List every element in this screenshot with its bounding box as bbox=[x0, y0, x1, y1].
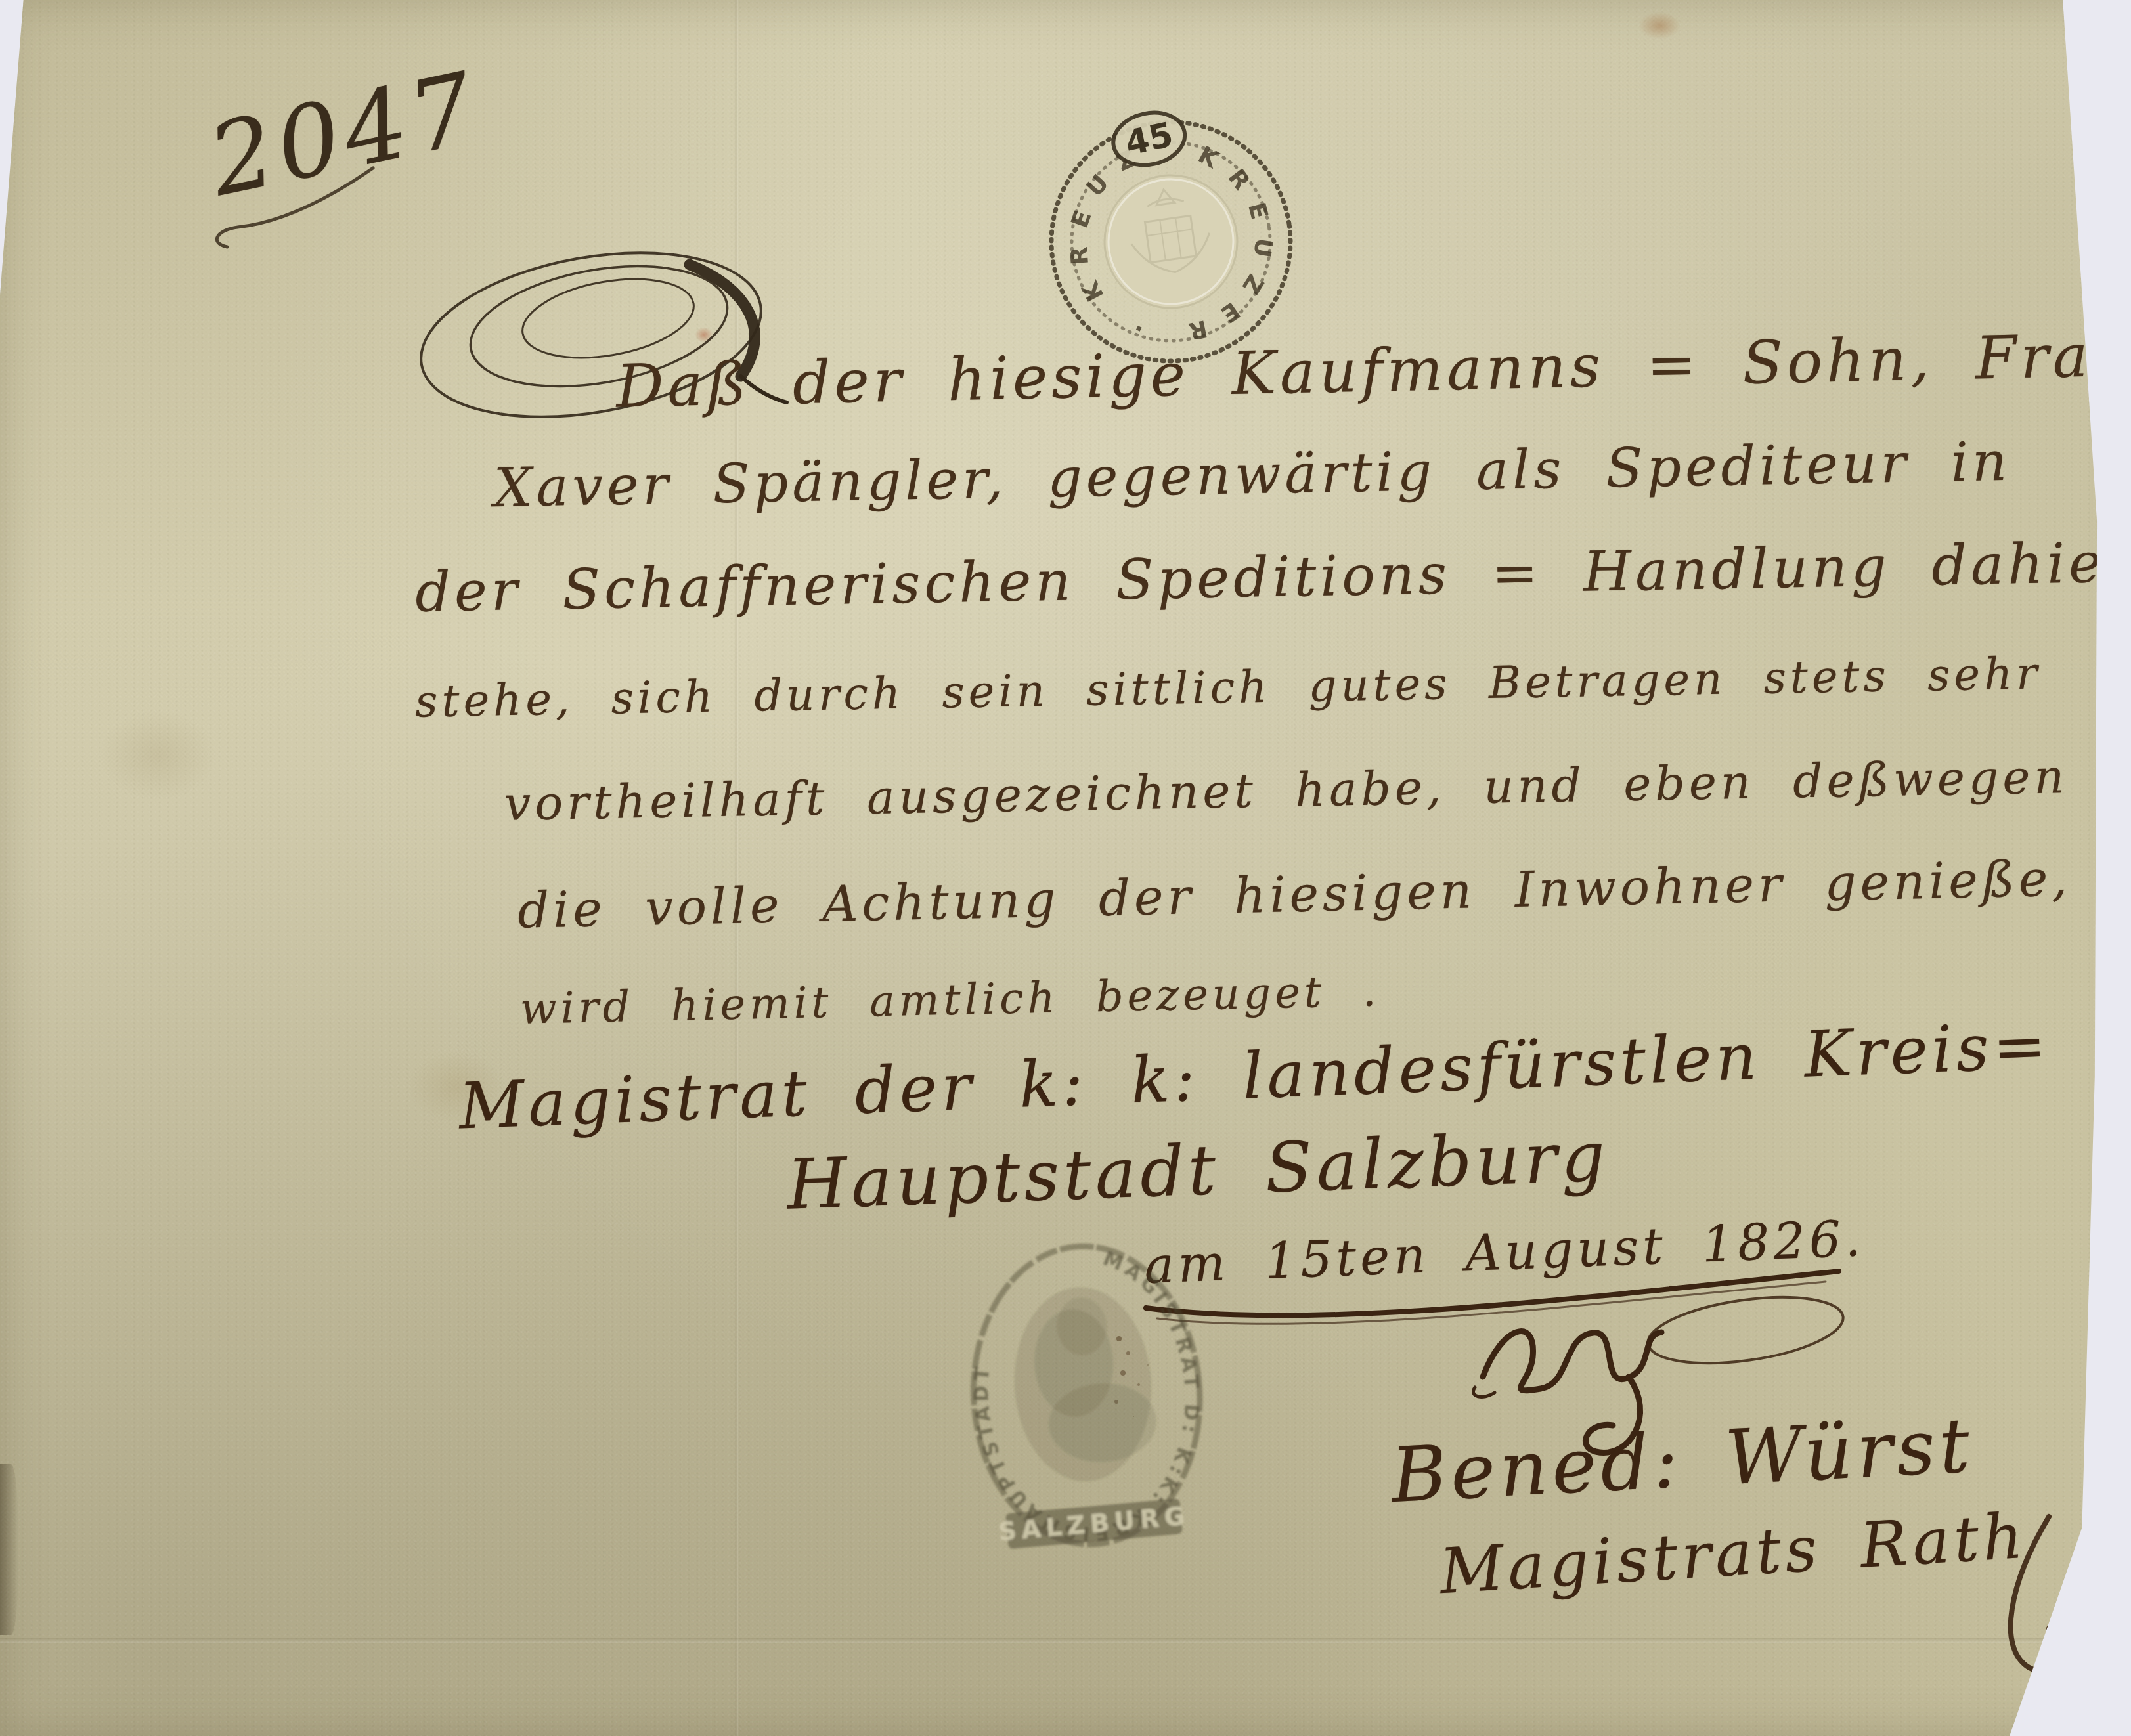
magistrat-ink-stamp: MAGISTRAT D: K:K: KREISHAUPTSTADT SALZBU… bbox=[908, 1219, 1267, 1578]
paper-stain bbox=[99, 709, 217, 801]
signature-tail-flourish bbox=[1970, 1510, 2131, 1720]
horizontal-fold-crease bbox=[0, 1638, 2131, 1643]
body-line-3: der Schaffnerischen Speditions = Handlun… bbox=[414, 530, 2131, 624]
scan-canvas: 2047 KREUZER · KREUZER · 45 bbox=[0, 0, 2131, 1736]
body-line-7: wird hiemit amtlich bezeuget . bbox=[519, 966, 1380, 1033]
issuer-line-2: Hauptstadt Salzburg bbox=[785, 1116, 1610, 1225]
signature-title: Magistrats Rath bbox=[1438, 1500, 2029, 1608]
stamp-embossed-disc bbox=[1096, 167, 1246, 316]
registry-number-flourish bbox=[197, 163, 394, 261]
ink-stamp-arms-blur bbox=[1009, 1284, 1159, 1485]
body-line-1: Daß der hiesige Kaufmanns = Sohn, Franz bbox=[615, 320, 2131, 422]
left-edge-smudge bbox=[0, 1464, 18, 1635]
document-paper: 2047 KREUZER · KREUZER · 45 bbox=[0, 0, 2131, 1736]
foxing-stain bbox=[1638, 12, 1681, 39]
body-line-6: die volle Achtung der hiesigen Inwohner … bbox=[517, 849, 2071, 940]
body-line-2: Xaver Spängler, gegenwärtig als Spediteu… bbox=[493, 431, 2011, 519]
body-line-4: stehe, sich durch sein sittlich gutes Be… bbox=[415, 647, 2042, 727]
